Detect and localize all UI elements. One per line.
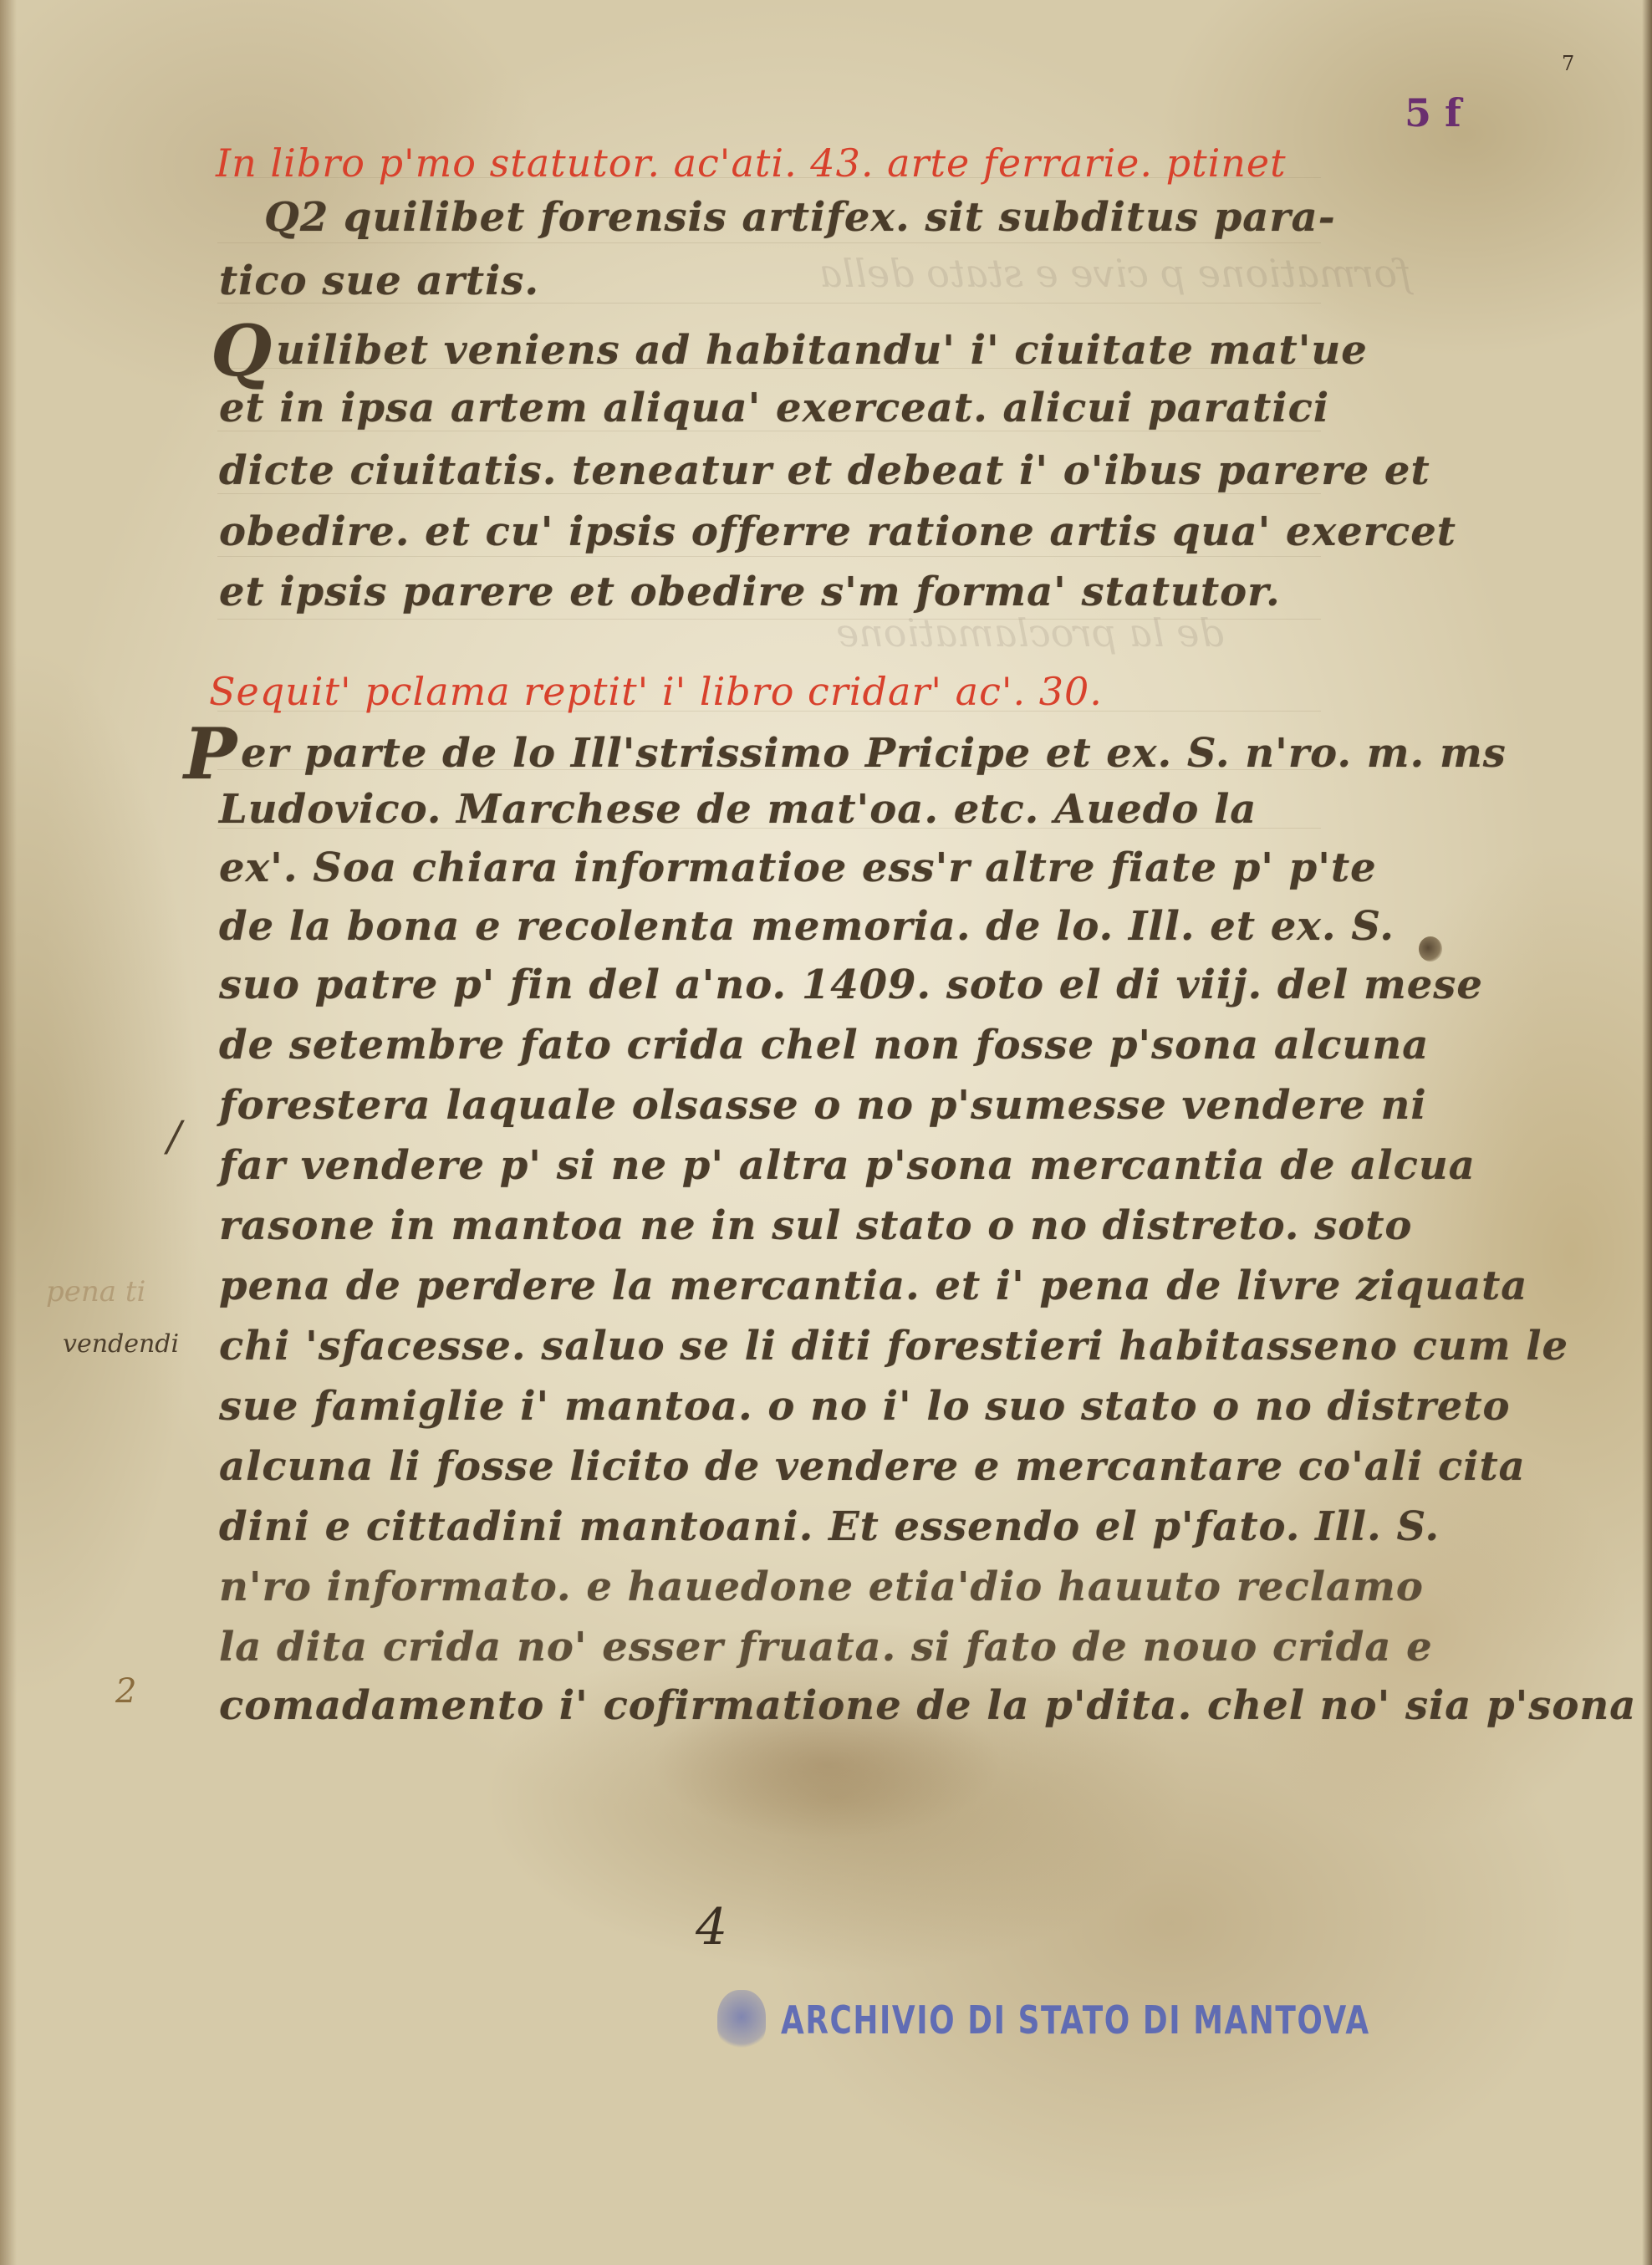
marginal-note: pena ti — [46, 1275, 145, 1308]
body-line: Per parte de lo Ill'strissimo Pricipe et… — [184, 719, 1507, 789]
body-line: sue famiglie i' mantoa. o no i' lo suo s… — [219, 1383, 1511, 1430]
body-line: et in ipsa artem aliqua' exerceat. alicu… — [219, 385, 1329, 431]
parchment-hole — [1419, 936, 1442, 962]
body-line: alcuna li fosse licito de vendere e merc… — [219, 1443, 1526, 1490]
summary-line: Q2 quilibet forensis artifex. sit subdit… — [264, 194, 1336, 241]
page-right-edge — [1642, 0, 1652, 2265]
body-line: rasone in mantoa ne in sul stato o no di… — [219, 1202, 1412, 1249]
ruling-line — [217, 556, 1321, 557]
body-line: et ipsis parere et obedire s'm forma' st… — [219, 569, 1281, 615]
body-line: n'ro informato. e hauedone etia'dio hauu… — [219, 1564, 1424, 1610]
marginal-number: 2 — [115, 1672, 136, 1711]
decorated-initial: Q — [211, 316, 273, 386]
body-line: comadamento i' cofirmatione de la p'dita… — [219, 1682, 1636, 1729]
body-line-text: uilibet veniens ad habitandu' i' ciuitat… — [276, 327, 1368, 374]
folio-number: 7 — [1562, 52, 1574, 75]
body-line: suo patre p' fin del a'no. 1409. soto el… — [219, 962, 1483, 1008]
stamp-emblem-icon — [717, 1990, 766, 2050]
body-line: Quilibet veniens ad habitandu' i' ciuita… — [211, 316, 1368, 386]
corner-mark: 5 f — [1405, 90, 1461, 135]
decorated-initial: P — [184, 719, 237, 789]
marginal-note: vendendi — [63, 1329, 179, 1359]
summary-line: tico sue artis. — [219, 258, 539, 304]
rubric-heading-2: Sequit' pclama reptit' i' libro cridar' … — [209, 669, 1103, 714]
body-line: forestera laquale olsasse o no p'sumesse… — [219, 1082, 1427, 1129]
body-line: ex'. Soa chiara informatioe ess'r altre … — [219, 844, 1377, 891]
archive-stamp: ARCHIVIO DI STATO DI MANTOVA — [717, 1990, 1537, 2050]
rubric-heading-1: In libro p'mo statutor. ac'ati. 43. arte… — [216, 140, 1287, 186]
body-line: de setembre fato crida chel non fosse p'… — [219, 1022, 1429, 1069]
marginal-number: 4 — [696, 1898, 727, 1956]
manuscript-page: formatione p cive e stato della de la pr… — [0, 0, 1652, 2265]
ruling-line — [217, 619, 1321, 620]
page-left-edge — [0, 0, 17, 2265]
body-line: dini e cittadini mantoani. Et essendo el… — [219, 1503, 1440, 1550]
body-line: dicte ciuitatis. teneatur et debeat i' o… — [219, 447, 1430, 494]
body-line: chi 'sfacesse. saluo se li diti forestie… — [219, 1323, 1568, 1370]
body-line: de la bona e recolenta memoria. de lo. I… — [219, 903, 1395, 950]
ruling-line — [217, 242, 1321, 243]
body-line: pena de perdere la mercantia. et i' pena… — [219, 1263, 1527, 1309]
show-through-text: formatione p cive e stato della — [819, 251, 1411, 296]
stamp-text: ARCHIVIO DI STATO DI MANTOVA — [781, 1997, 1370, 2043]
body-line-text: er parte de lo Ill'strissimo Pricipe et … — [241, 730, 1507, 777]
body-line: Ludovico. Marchese de mat'oa. etc. Auedo… — [219, 786, 1257, 833]
body-line: far vendere p' si ne p' altra p'sona mer… — [219, 1142, 1476, 1189]
body-line: obedire. et cu' ipsis offerre ratione ar… — [219, 508, 1456, 555]
margin-mark: / — [167, 1112, 181, 1161]
body-line: la dita crida no' esser fruata. si fato … — [219, 1624, 1433, 1671]
show-through-text: de la proclamatione — [836, 610, 1224, 656]
